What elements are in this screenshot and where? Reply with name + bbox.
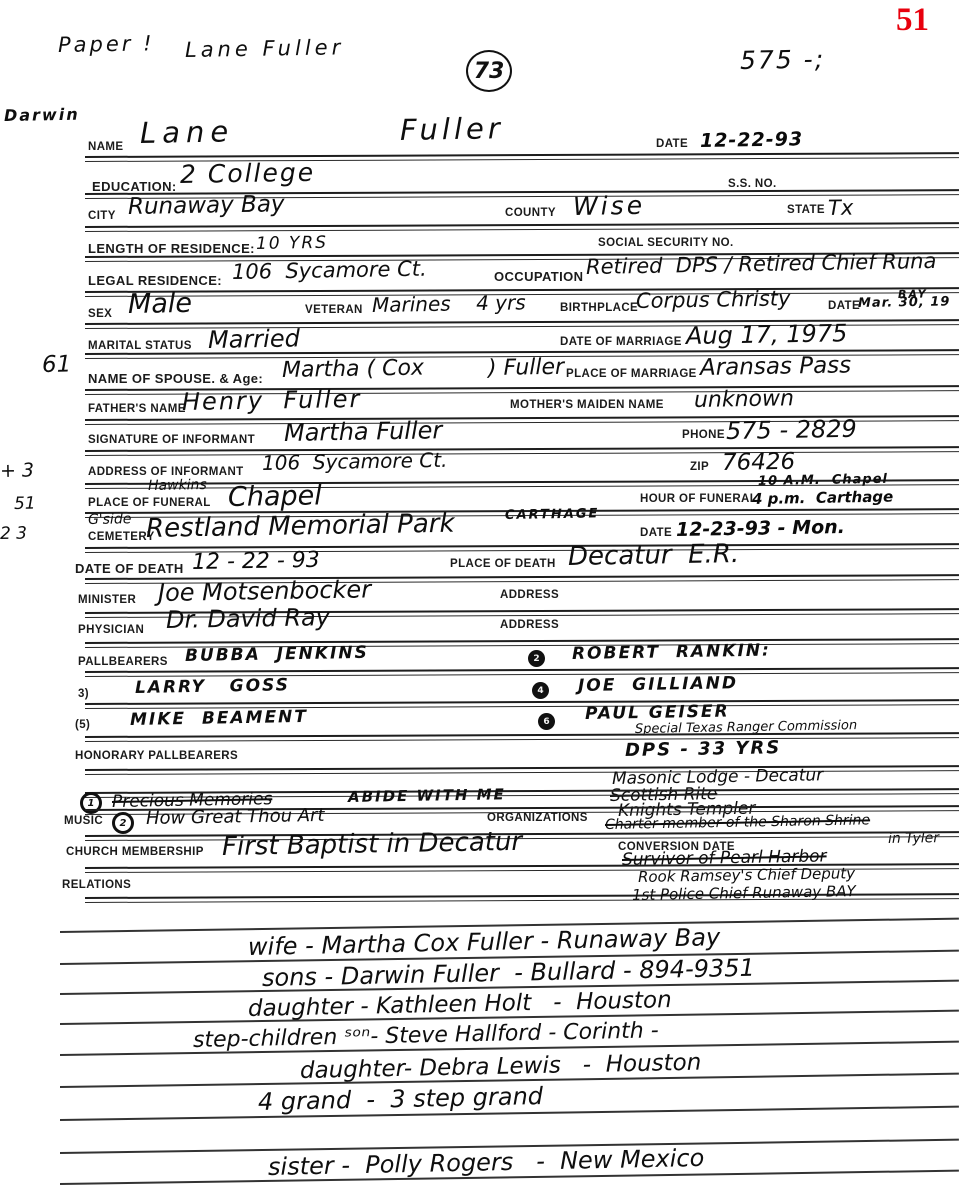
field-spouse-label: NAME OF SPOUSE. & Age: <box>88 371 263 386</box>
field-pallbearers-label: PALLBEARERS <box>78 656 168 668</box>
music-song-1-replacement: ABIDE WITH ME <box>348 785 506 806</box>
pallbearer-5: MIKE BEAMENT <box>130 707 308 730</box>
field-funeral-label: PLACE OF FUNERAL <box>88 497 211 509</box>
field-church-label: CHURCH MEMBERSHIP <box>66 846 204 858</box>
pallbearer-2: ROBERT RANKIN: <box>572 641 771 664</box>
ruled-line <box>85 446 959 456</box>
jot-decedent-name: Lane Fuller <box>185 35 345 62</box>
field-zip-label: ZIP <box>690 461 709 473</box>
field-birthplace-value: Corpus Christy <box>636 286 791 313</box>
pallbearer-5-number: (5) <box>75 719 90 731</box>
margin-note-darwin: Darwin <box>4 105 80 125</box>
field-church-value: First Baptist in Decatur <box>222 827 523 862</box>
ruled-line <box>85 765 959 775</box>
field-death-place-value: Decatur E.R. <box>568 539 740 572</box>
field-honorary-label: HONORARY PALLBEARERS <box>75 750 238 762</box>
ruled-line <box>85 667 959 677</box>
field-informant-value: Martha Fuller <box>284 416 443 447</box>
field-minister-label: MINISTER <box>78 594 136 606</box>
field-marital-label: MARITAL STATUS <box>88 340 192 352</box>
field-funeral-value: Chapel <box>228 480 322 513</box>
field-minister-value: Joe Motsenbocker <box>158 575 372 607</box>
margin-note: 2 3 <box>0 524 27 544</box>
field-relations-label: RELATIONS <box>62 879 131 891</box>
field-informant-address-label: ADDRESS OF INFORMANT <box>88 466 244 478</box>
field-birthplace-label: BIRTHPLACE <box>560 302 638 314</box>
field-state-label: STATE <box>787 204 825 216</box>
music-song-2: How Great Thou Art <box>146 805 325 829</box>
field-father-label: FATHER'S NAME <box>88 403 186 415</box>
field-legal-value: 106 Sycamore Ct. <box>232 257 427 284</box>
field-marriage-date-label: DATE OF MARRIAGE <box>560 336 682 348</box>
field-death-place-label: PLACE OF DEATH <box>450 558 556 570</box>
honorary-right-note: DPS - 33 YRS <box>625 737 782 761</box>
music-number-2: 2 <box>112 812 134 834</box>
field-minister-address-label: ADDRESS <box>500 589 559 601</box>
field-date-value: 12-22-93 <box>700 128 803 152</box>
field-marriage-place-label: PLACE OF MARRIAGE <box>566 368 697 380</box>
field-cemetery-value: Restland Memorial Park <box>146 509 455 544</box>
field-name-last: Fuller <box>400 111 504 147</box>
field-state-value: Tx <box>828 196 854 220</box>
field-birthdate-value: Mar. 30, 19 <box>858 294 951 311</box>
field-sex-value: Male <box>128 288 193 320</box>
field-death-date-value: 12 - 22 - 93 <box>192 548 320 575</box>
field-father-value: Henry Fuller <box>182 385 362 416</box>
field-physician-address-label: ADDRESS <box>500 619 559 631</box>
field-mother-value: unknown <box>694 386 794 413</box>
numbered-bullet: 4 <box>532 682 549 699</box>
field-sex-label: SEX <box>88 308 112 320</box>
field-cemetery-date-label: DATE <box>640 527 672 539</box>
field-funeral-hour-above: 10 A.M. Chapel <box>758 472 888 489</box>
field-cemetery-note-mid: CARTHAGE <box>505 506 600 523</box>
field-occupation-value: Retired DPS / Retired Chief Runa <box>586 249 937 279</box>
field-funeral-hour-label: HOUR OF FUNERAL <box>640 493 757 505</box>
field-death-date-label: DATE OF DEATH <box>75 561 184 576</box>
field-veteran-label: VETERAN <box>305 304 363 316</box>
field-cemetery-date-value: 12-23-93 - Mon. <box>676 516 845 541</box>
page-number: 51 <box>896 2 929 39</box>
field-phone-value: 575 - 2829 <box>726 415 857 445</box>
numbered-bullet: 2 <box>528 650 545 667</box>
field-informant-label: SIGNATURE OF INFORMANT <box>88 434 255 446</box>
field-mother-label: MOTHER'S MAIDEN NAME <box>510 399 664 411</box>
field-ssno-label: S.S. NO. <box>728 178 777 190</box>
field-physician-label: PHYSICIAN <box>78 624 144 636</box>
pallbearer-1: BUBBA JENKINS <box>185 643 369 666</box>
relations-note: 1st Police Chief Runaway BAY <box>632 882 856 904</box>
field-funeral-hour-value: 4 p.m. Carthage <box>752 488 894 508</box>
circled-number: 73 <box>466 50 512 92</box>
field-marriage-date-value: Aug 17, 1975 <box>686 319 848 350</box>
field-residence-label: LENGTH OF RESIDENCE: <box>88 241 255 256</box>
field-physician-value: Dr. David Ray <box>166 603 330 634</box>
field-residence-value: 10 YRS <box>256 233 328 254</box>
field-spouse-value-a: Martha ( Cox <box>282 356 424 383</box>
field-name-first: Lane <box>140 114 235 150</box>
field-informant-address-value: 106 Sycamore Ct. <box>262 448 448 475</box>
ruled-line <box>85 222 959 232</box>
field-funeral-note-above: Hawkins <box>148 477 207 494</box>
field-city-value: Runaway Bay <box>128 191 285 220</box>
field-birthdate-label: DATE <box>828 300 860 312</box>
margin-note: 51 <box>14 494 36 514</box>
field-organizations-label: ORGANIZATIONS <box>487 812 588 824</box>
field-music-label: MUSIC <box>64 815 103 827</box>
field-spouse-value-b: ) Fuller <box>488 355 565 381</box>
pallbearer-3: LARRY GOSS <box>135 675 290 698</box>
pallbearer-4: JOE GILLIAND <box>578 673 738 696</box>
organization-item: Charter member of the Sharon Shrine <box>605 812 870 833</box>
field-marital-value: Married <box>208 324 300 354</box>
field-marriage-place-value: Aransas Pass <box>700 352 852 381</box>
field-date-label: DATE <box>656 138 688 150</box>
field-veteran-value: Marines 4 yrs <box>372 290 526 317</box>
field-education-value: 2 College <box>180 158 316 189</box>
family-line: 4 grand - 3 step grand <box>258 1082 544 1116</box>
field-zip-value: 76426 <box>722 449 796 476</box>
ruled-line <box>85 732 959 742</box>
scanned-funeral-record: Paper ! Lane Fuller 73 575 -; 51 Darwin … <box>0 0 959 1185</box>
margin-note: + 3 <box>0 459 34 482</box>
jot-number: 575 -; <box>740 45 826 75</box>
field-city-label: CITY <box>88 210 116 222</box>
field-occupation-label: OCCUPATION <box>494 269 583 284</box>
field-ssn-label: SOCIAL SECURITY NO. <box>598 237 734 249</box>
field-phone-label: PHONE <box>682 429 725 441</box>
pallbearer-3-number: 3) <box>78 688 89 700</box>
numbered-bullet: 6 <box>538 713 555 730</box>
field-name-label: NAME <box>88 141 123 153</box>
field-cemetery-note-above: G'side <box>88 511 132 528</box>
margin-note: 61 <box>42 351 72 378</box>
field-county-value: Wise <box>573 191 646 221</box>
field-county-label: COUNTY <box>505 207 556 219</box>
field-cemetery-label: CEMETERY <box>88 531 155 543</box>
jot-paper: Paper ! <box>58 31 155 57</box>
field-legal-label: LEGAL RESIDENCE: <box>88 273 222 288</box>
